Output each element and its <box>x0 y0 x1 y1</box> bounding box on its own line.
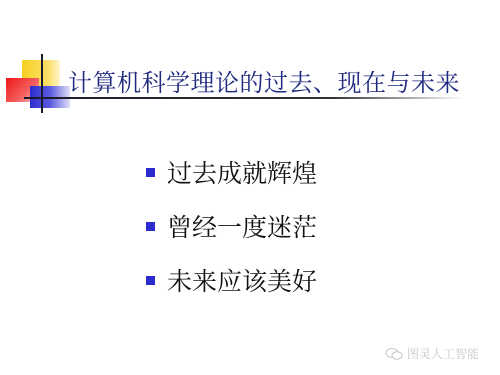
slide: 计算机科学理论的过去、现在与未来 过去成就辉煌 曾经一度迷茫 未来应该美好 图灵… <box>0 0 500 375</box>
bullet-text: 过去成就辉煌 <box>167 154 317 190</box>
decor-vertical-line <box>41 54 43 113</box>
square-bullet-icon <box>146 222 155 231</box>
bullet-item: 曾经一度迷茫 <box>146 199 317 253</box>
bullet-list: 过去成就辉煌 曾经一度迷茫 未来应该美好 <box>146 145 317 307</box>
bullet-text: 曾经一度迷茫 <box>167 208 317 244</box>
square-bullet-icon <box>146 168 155 177</box>
watermark: 图灵人工智能 <box>385 345 479 362</box>
bullet-item: 未来应该美好 <box>146 253 317 307</box>
bullet-text: 未来应该美好 <box>167 262 317 298</box>
wechat-icon <box>385 348 403 360</box>
bullet-item: 过去成就辉煌 <box>146 145 317 199</box>
square-bullet-icon <box>146 276 155 285</box>
watermark-text: 图灵人工智能 <box>407 345 479 362</box>
slide-title: 计算机科学理论的过去、现在与未来 <box>68 63 460 98</box>
